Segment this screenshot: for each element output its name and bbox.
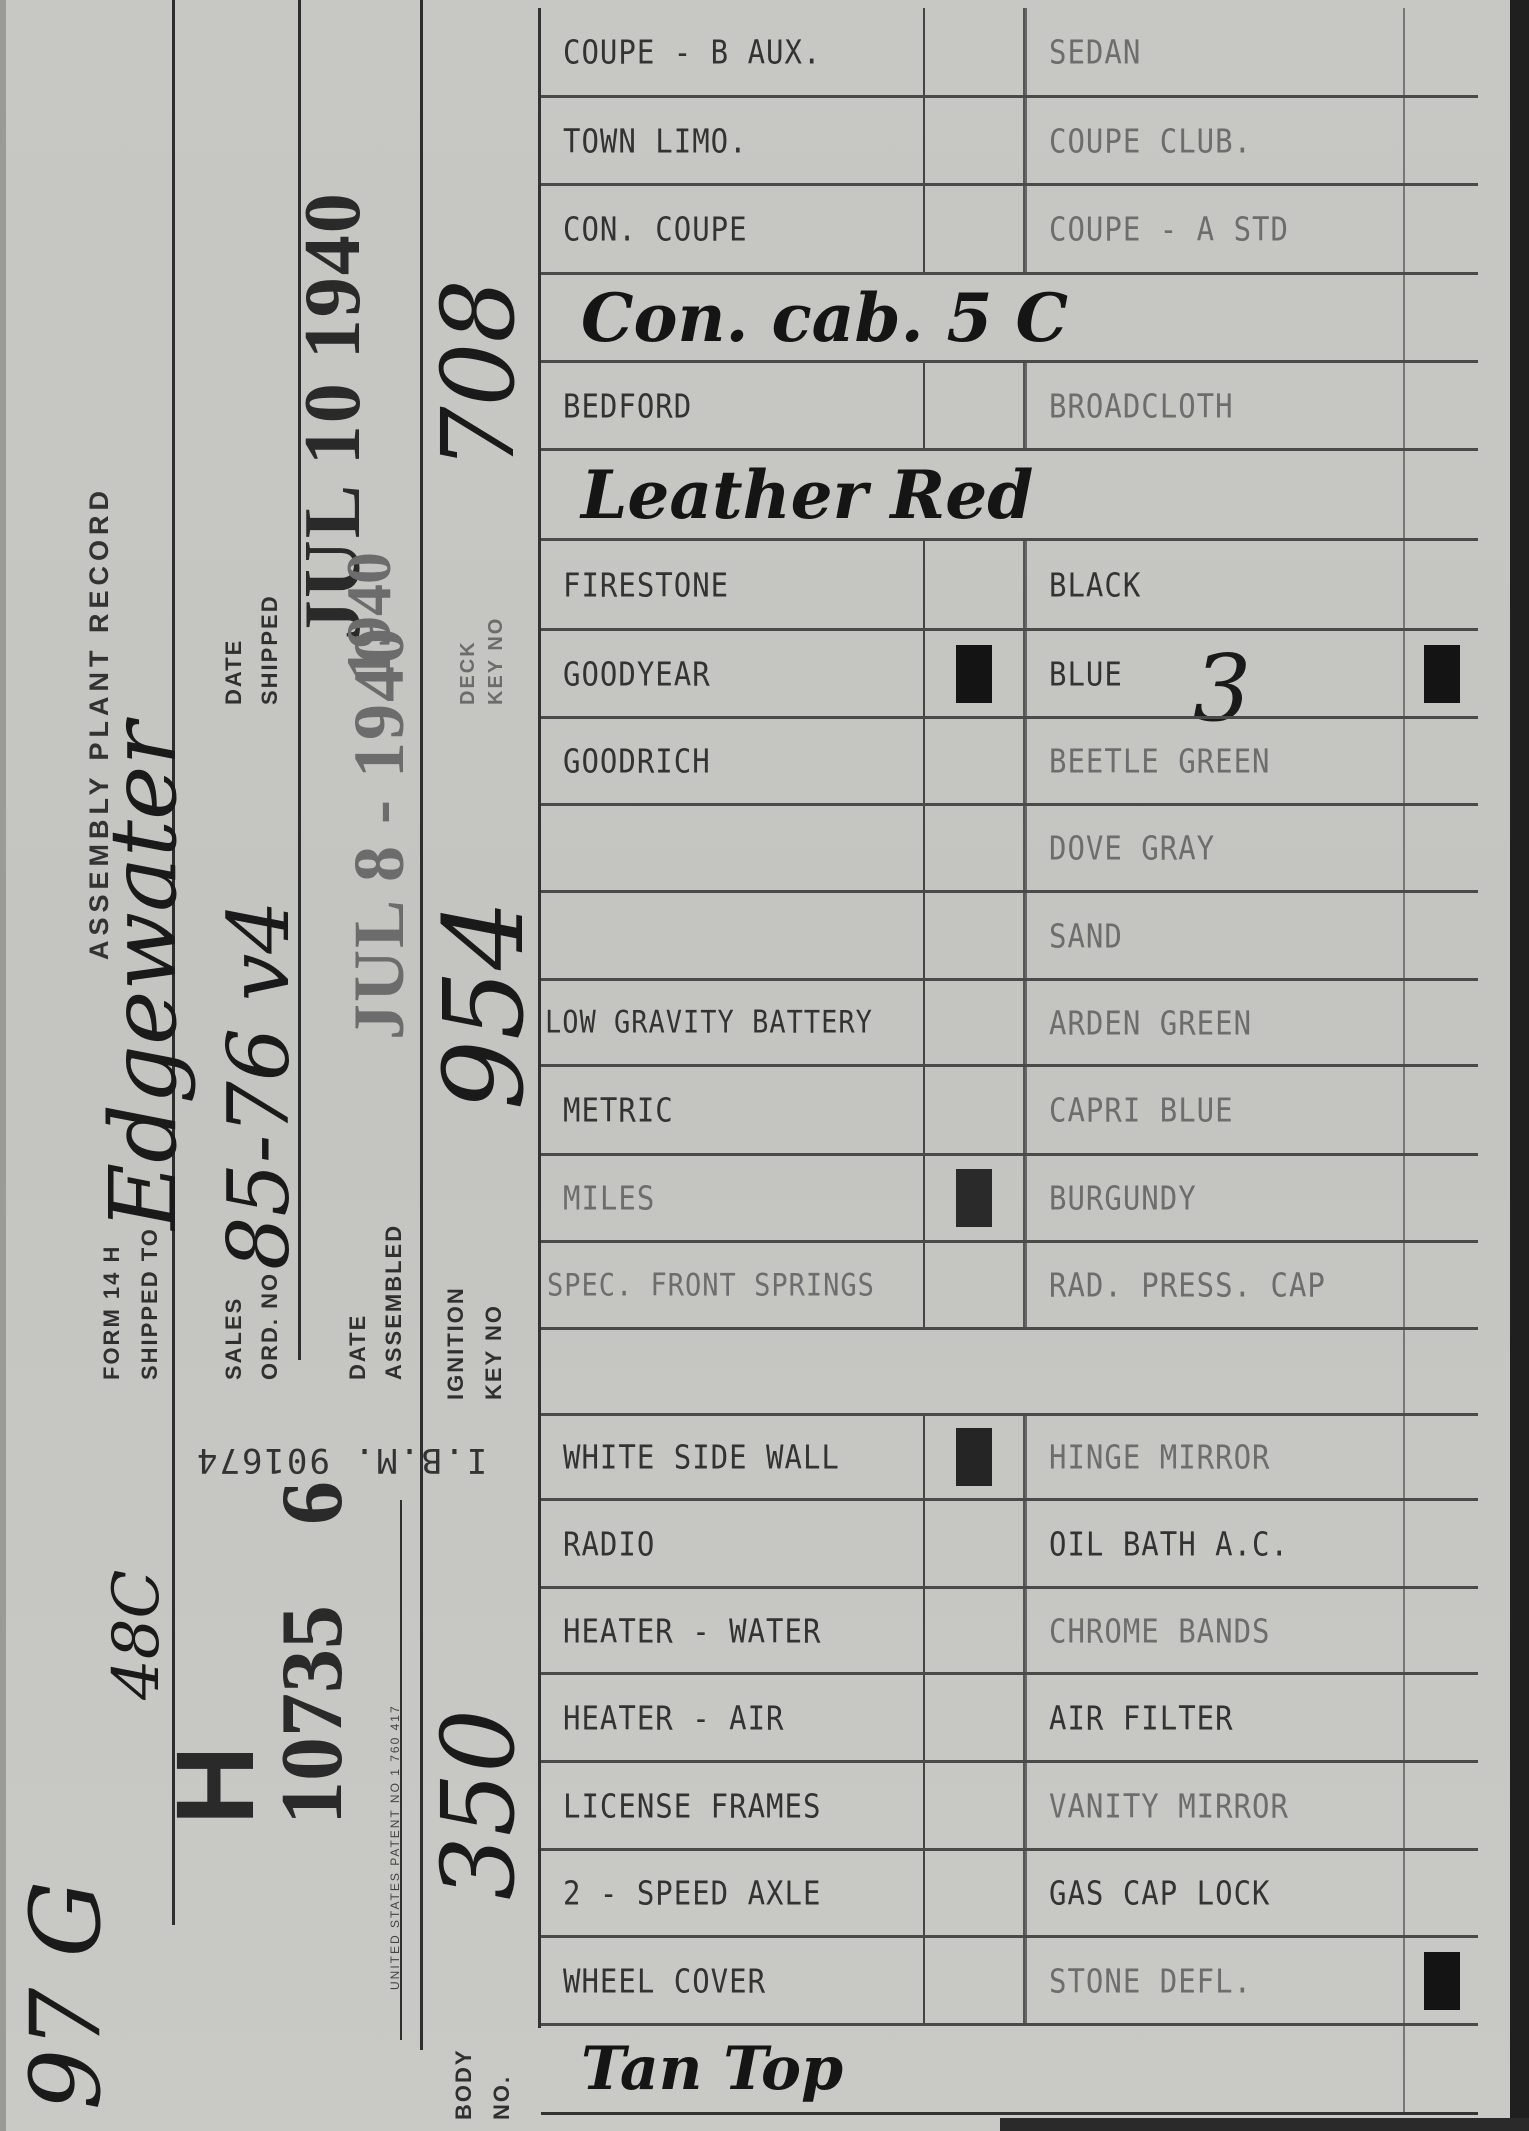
option-spec-front-springs[interactable]: SPEC. FRONT SPRINGS bbox=[547, 1267, 875, 1303]
ignition-key-label-2: KEY NO bbox=[482, 1304, 506, 1400]
option-rad-press-cap[interactable]: RAD. PRESS. CAP bbox=[1049, 1265, 1326, 1304]
checkbox-hinge-mirror[interactable] bbox=[1403, 1416, 1478, 1498]
option-con-coupe[interactable]: CON. COUPE bbox=[563, 209, 748, 248]
option-gas-cap-lock[interactable]: GAS CAP LOCK bbox=[1049, 1873, 1271, 1912]
checkbox-goodyear[interactable] bbox=[925, 631, 1025, 716]
checkbox-chrome-bands[interactable] bbox=[1403, 1589, 1478, 1672]
handwritten-top-note: Tan Top bbox=[581, 2034, 843, 2104]
option-beetle-green[interactable]: BEETLE GREEN bbox=[1049, 741, 1271, 780]
checkbox-heater-air[interactable] bbox=[925, 1675, 1025, 1760]
option-2-speed-axle[interactable]: 2 - SPEED AXLE bbox=[563, 1873, 821, 1912]
checkbox-blue[interactable] bbox=[1403, 631, 1478, 716]
checkbox-coupe-a-std[interactable] bbox=[1403, 186, 1478, 272]
checkbox-license-frames[interactable] bbox=[925, 1763, 1025, 1848]
serial-suffix: 6 bbox=[262, 1481, 363, 1525]
table-row: HEATER - WATER CHROME BANDS bbox=[541, 1586, 1478, 1672]
blank-cell bbox=[1403, 275, 1478, 360]
check-mark-icon bbox=[956, 645, 992, 703]
table-row: MILES BURGUNDY bbox=[541, 1153, 1478, 1240]
option-oil-bath-ac[interactable]: OIL BATH A.C. bbox=[1049, 1524, 1289, 1563]
checkbox-dove-gray[interactable] bbox=[1403, 806, 1478, 890]
table-row: SAND bbox=[541, 890, 1478, 978]
checkbox-white-side-wall[interactable] bbox=[925, 1416, 1025, 1498]
checkbox-beetle-green[interactable] bbox=[1403, 719, 1478, 803]
checkbox-oil-bath-ac[interactable] bbox=[1403, 1501, 1478, 1586]
option-low-gravity-battery[interactable]: LOW GRAVITY BATTERY bbox=[545, 1005, 873, 1041]
checkbox-burgundy[interactable] bbox=[1403, 1156, 1478, 1240]
serial-prefix: H bbox=[152, 1746, 279, 1825]
checkbox-broadcloth[interactable] bbox=[1403, 363, 1478, 448]
handwritten-upholstery: Leather Red bbox=[581, 456, 1033, 534]
option-wheel-cover[interactable]: WHEEL COVER bbox=[563, 1961, 766, 2000]
option-vanity-mirror[interactable]: VANITY MIRROR bbox=[1049, 1786, 1289, 1825]
card-left-edge bbox=[0, 0, 6, 2131]
option-arden-green[interactable]: ARDEN GREEN bbox=[1049, 1003, 1252, 1042]
option-bedford[interactable]: BEDFORD bbox=[563, 386, 692, 425]
checkbox-air-filter[interactable] bbox=[1403, 1675, 1478, 1760]
shipped-to-label: SHIPPED TO bbox=[138, 1227, 162, 1380]
option-goodrich[interactable]: GOODRICH bbox=[563, 741, 711, 780]
handwritten-body-style: Con. cab. 5 C bbox=[581, 279, 1068, 357]
checkbox-coupe-club[interactable] bbox=[1403, 98, 1478, 183]
option-dove-gray[interactable]: DOVE GRAY bbox=[1049, 828, 1215, 867]
option-town-limo[interactable]: TOWN LIMO. bbox=[563, 121, 748, 160]
option-heater-water[interactable]: HEATER - WATER bbox=[563, 1611, 821, 1650]
checkbox-spec-front-springs[interactable] bbox=[925, 1243, 1025, 1327]
blank-cell bbox=[1403, 2026, 1478, 2112]
option-firestone[interactable]: FIRESTONE bbox=[563, 565, 729, 604]
table-row-handwritten: Con. cab. 5 C bbox=[541, 272, 1478, 360]
date-shipped-label: DATE bbox=[222, 639, 246, 705]
checkbox-blank-1[interactable] bbox=[925, 806, 1025, 890]
option-capri-blue[interactable]: CAPRI BLUE bbox=[1049, 1090, 1234, 1129]
option-black[interactable]: BLACK bbox=[1049, 565, 1141, 604]
checkbox-rad-press-cap[interactable] bbox=[1403, 1243, 1478, 1327]
table-row: RADIO OIL BATH A.C. bbox=[541, 1498, 1478, 1586]
check-mark-icon bbox=[1424, 1952, 1460, 2010]
option-sedan[interactable]: SEDAN bbox=[1049, 32, 1141, 71]
table-row: DOVE GRAY bbox=[541, 803, 1478, 890]
table-row: TOWN LIMO. COUPE CLUB. bbox=[541, 95, 1478, 183]
checkbox-wheel-cover[interactable] bbox=[925, 1938, 1025, 2023]
table-row: HEATER - AIR AIR FILTER bbox=[541, 1672, 1478, 1760]
deck-key-label: DECK bbox=[456, 640, 480, 705]
checkbox-miles[interactable] bbox=[925, 1156, 1025, 1240]
option-stone-defl[interactable]: STONE DEFL. bbox=[1049, 1961, 1252, 2000]
checkbox-firestone[interactable] bbox=[925, 541, 1025, 628]
option-coupe-a-std[interactable]: COUPE - A STD bbox=[1049, 209, 1289, 248]
table-row: METRIC CAPRI BLUE bbox=[541, 1064, 1478, 1153]
checkbox-black[interactable] bbox=[1403, 541, 1478, 628]
ibm-number: I.B.M. 901674 bbox=[195, 1440, 487, 1480]
table-row: COUPE - B AUX. SEDAN bbox=[541, 8, 1478, 95]
deck-key-label-2: KEY NO bbox=[484, 617, 508, 705]
checkbox-bedford[interactable] bbox=[925, 363, 1025, 448]
table-row: WHITE SIDE WALL HINGE MIRROR bbox=[541, 1413, 1478, 1498]
date-shipped-label-2: SHIPPED bbox=[258, 594, 282, 705]
checkbox-con-coupe[interactable] bbox=[925, 186, 1025, 272]
option-radio[interactable]: RADIO bbox=[563, 1524, 655, 1563]
sales-ord-label-2: ORD. NO bbox=[258, 1272, 282, 1380]
corner-note: 97 G bbox=[10, 1881, 122, 2110]
option-goodyear[interactable]: GOODYEAR bbox=[563, 654, 711, 693]
table-row: GOODRICH BEETLE GREEN bbox=[541, 716, 1478, 803]
date-assembled-stamp: JUL 8 - 1940 bbox=[338, 626, 421, 1040]
option-coupe-club[interactable]: COUPE CLUB. bbox=[1049, 121, 1252, 160]
body-no-label: BODY bbox=[452, 2048, 476, 2120]
table-row: FIRESTONE BLACK bbox=[541, 538, 1478, 628]
table-row: BEDFORD BROADCLOTH bbox=[541, 360, 1478, 448]
checkbox-vanity-mirror[interactable] bbox=[1403, 1763, 1478, 1848]
option-metric[interactable]: METRIC bbox=[563, 1090, 674, 1129]
table-row-handwritten: Leather Red bbox=[541, 448, 1478, 538]
checkbox-coupe-b-aux[interactable] bbox=[925, 8, 1025, 95]
checkbox-sand[interactable] bbox=[1403, 893, 1478, 978]
corner-note-2: 48C bbox=[100, 1570, 174, 1700]
table-row: CON. COUPE COUPE - A STD bbox=[541, 183, 1478, 272]
checkbox-capri-blue[interactable] bbox=[1403, 1067, 1478, 1153]
table-row: WHEEL COVER STONE DEFL. bbox=[541, 1935, 1478, 2023]
option-sand[interactable]: SAND bbox=[1049, 916, 1123, 955]
option-air-filter[interactable]: AIR FILTER bbox=[1049, 1698, 1234, 1737]
table-row: LOW GRAVITY BATTERY ARDEN GREEN bbox=[541, 978, 1478, 1064]
checkbox-stone-defl[interactable] bbox=[1403, 1938, 1478, 2023]
option-coupe-b-aux[interactable]: COUPE - B AUX. bbox=[563, 32, 821, 71]
checkbox-2-speed-axle[interactable] bbox=[925, 1851, 1025, 1935]
checkbox-heater-water[interactable] bbox=[925, 1589, 1025, 1672]
option-broadcloth[interactable]: BROADCLOTH bbox=[1049, 386, 1234, 425]
blank-cell bbox=[1403, 451, 1478, 538]
checkbox-town-limo[interactable] bbox=[925, 98, 1025, 183]
check-mark-icon bbox=[1424, 645, 1460, 703]
deck-key-value: 708 bbox=[420, 279, 537, 470]
checkbox-blank-2[interactable] bbox=[925, 893, 1025, 978]
ignition-key-value: 954 bbox=[420, 900, 548, 1110]
ignition-key-label: IGNITION bbox=[444, 1286, 468, 1400]
table-row: GOODYEAR BLUE3 bbox=[541, 628, 1478, 716]
check-mark-icon bbox=[956, 1428, 992, 1486]
checkbox-low-gravity-battery[interactable] bbox=[925, 981, 1025, 1064]
option-license-frames[interactable]: LICENSE FRAMES bbox=[563, 1786, 821, 1825]
card-bottom-edge bbox=[1000, 2118, 1529, 2131]
sales-ord-value: 85-76 v4 bbox=[210, 900, 308, 1270]
checkbox-sedan[interactable] bbox=[1403, 8, 1478, 95]
option-hinge-mirror[interactable]: HINGE MIRROR bbox=[1049, 1437, 1271, 1476]
checkbox-goodrich[interactable] bbox=[925, 719, 1025, 803]
body-no-label-2: NO. bbox=[490, 2075, 514, 2120]
checkbox-arden-green[interactable] bbox=[1403, 981, 1478, 1064]
table-row: 2 - SPEED AXLE GAS CAP LOCK bbox=[541, 1848, 1478, 1935]
option-blue[interactable]: BLUE bbox=[1049, 654, 1123, 693]
option-heater-air[interactable]: HEATER - AIR bbox=[563, 1698, 785, 1737]
date-assembled-label: DATE bbox=[346, 1314, 370, 1380]
blank-cell bbox=[1403, 1330, 1478, 1413]
shipped-to-value: Edgewater bbox=[90, 722, 197, 1230]
card-right-edge bbox=[1510, 0, 1529, 2131]
body-no-value: 350 bbox=[420, 1709, 537, 1900]
sales-ord-label: SALES bbox=[222, 1297, 246, 1380]
option-chrome-bands[interactable]: CHROME BANDS bbox=[1049, 1611, 1271, 1650]
table-row-blank bbox=[541, 1327, 1478, 1413]
checkbox-metric[interactable] bbox=[925, 1067, 1025, 1153]
checkbox-gas-cap-lock[interactable] bbox=[1403, 1851, 1478, 1935]
check-mark-icon bbox=[956, 1169, 992, 1227]
option-white-side-wall[interactable]: WHITE SIDE WALL bbox=[563, 1437, 840, 1476]
option-miles[interactable]: MILES bbox=[563, 1178, 655, 1217]
serial-number: 10735 bbox=[262, 1605, 363, 1825]
options-table: COUPE - B AUX. SEDAN TOWN LIMO. COUPE CL… bbox=[538, 8, 1478, 2028]
table-row-handwritten: Tan Top bbox=[541, 2023, 1478, 2115]
date-assembled-label-2: ASSEMBLED bbox=[382, 1224, 406, 1380]
patent-text: UNITED STATES PATENT NO 1 760 417 bbox=[388, 1704, 402, 1990]
table-row: SPEC. FRONT SPRINGS RAD. PRESS. CAP bbox=[541, 1240, 1478, 1327]
checkbox-radio[interactable] bbox=[925, 1501, 1025, 1586]
table-row: LICENSE FRAMES VANITY MIRROR bbox=[541, 1760, 1478, 1848]
option-burgundy[interactable]: BURGUNDY bbox=[1049, 1178, 1197, 1217]
form-number: FORM 14 H bbox=[100, 1245, 124, 1380]
